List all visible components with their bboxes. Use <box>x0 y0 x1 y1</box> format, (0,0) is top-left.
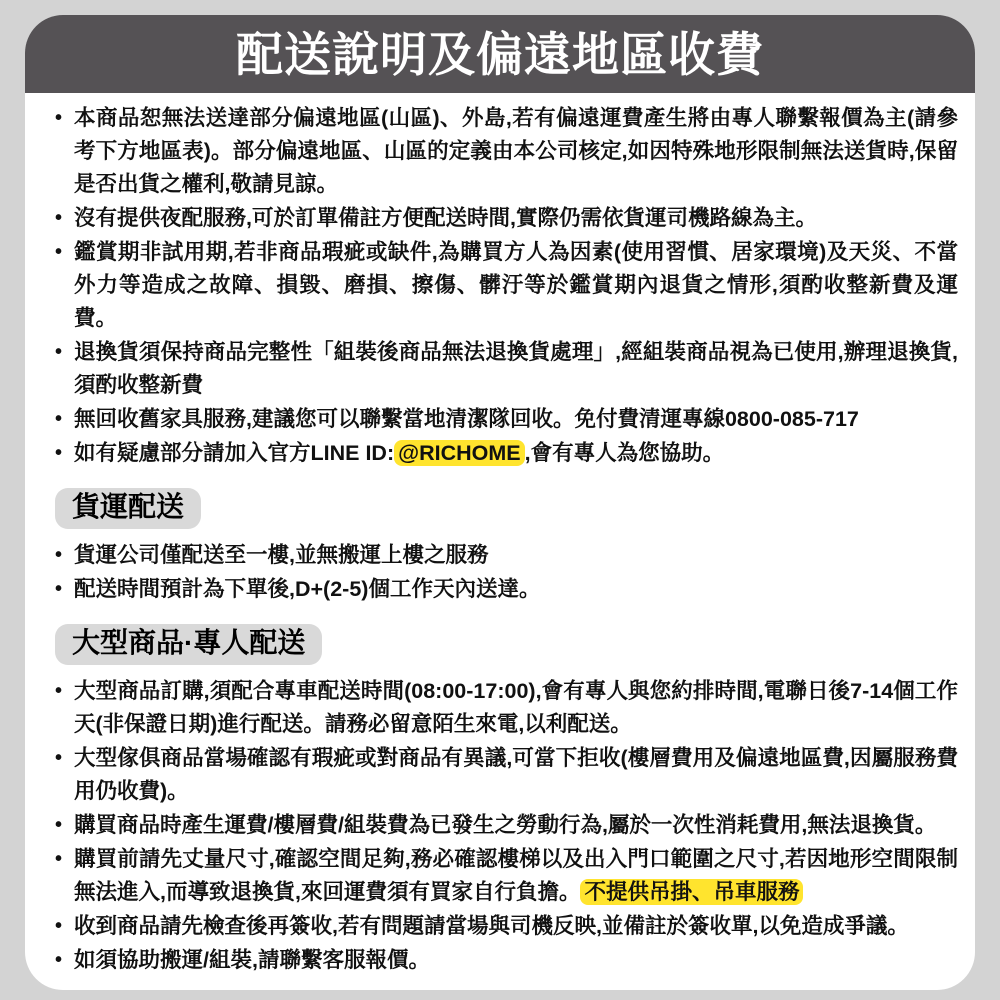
bullet-marker-icon: • <box>55 102 62 135</box>
note-text: 購買前請先丈量尺寸,確認空間足夠,務必確認樓梯以及出入門口範圍之尺寸,若因地形空… <box>74 847 958 904</box>
section-heading-freight: 貨運配送 <box>55 488 201 529</box>
note-text: 鑑賞期非試用期,若非商品瑕疵或缺件,為購買方人為因素(使用習慣、居家環境)及天災… <box>74 240 958 330</box>
bullet-marker-icon: • <box>55 910 62 943</box>
list-item: •本商品恕無法送達部分偏遠地區(山區)、外島,若有偏遠運費產生將由專人聯繫報價為… <box>55 102 958 201</box>
note-text: 如須協助搬運/組裝,請聯繫客服報價。 <box>74 948 430 972</box>
note-text: 購買商品時產生運費/樓層費/組裝費為已發生之勞動行為,屬於一次性消耗費用,無法退… <box>74 813 936 837</box>
bullet-marker-icon: • <box>55 403 62 436</box>
card-body: •本商品恕無法送達部分偏遠地區(山區)、外島,若有偏遠運費產生將由專人聯繫報價為… <box>25 93 975 977</box>
general-notes-list: •本商品恕無法送達部分偏遠地區(山區)、外島,若有偏遠運費產生將由專人聯繫報價為… <box>55 102 958 470</box>
list-item: •大型商品訂購,須配合專車配送時間(08:00-17:00),會有專人與您約排時… <box>55 675 958 741</box>
list-item: •沒有提供夜配服務,可於訂單備註方便配送時間,實際仍需依貨運司機路線為主。 <box>55 202 958 235</box>
list-item: •如有疑慮部分請加入官方LINE ID:@RICHOME,會有專人為您協助。 <box>55 437 958 470</box>
note-text: 貨運公司僅配送至一樓,並無搬運上樓之服務 <box>74 543 488 567</box>
bullet-marker-icon: • <box>55 202 62 235</box>
list-item: •如須協助搬運/組裝,請聯繫客服報價。 <box>55 944 958 977</box>
bullet-marker-icon: • <box>55 539 62 572</box>
note-text: 收到商品請先檢查後再簽收,若有問題請當場與司機反映,並備註於簽收單,以免造成爭議… <box>74 914 909 938</box>
list-item: •鑑賞期非試用期,若非商品瑕疵或缺件,為購買方人為因素(使用習慣、居家環境)及天… <box>55 236 958 335</box>
highlighted-text: @RICHOME <box>394 440 525 466</box>
list-item: •無回收舊家具服務,建議您可以聯繫當地清潔隊回收。免付費清運專線0800-085… <box>55 403 958 436</box>
delivery-info-card: 配送說明及偏遠地區收費 •本商品恕無法送達部分偏遠地區(山區)、外島,若有偏遠運… <box>25 15 975 990</box>
bullet-marker-icon: • <box>55 809 62 842</box>
note-text: 大型傢俱商品當場確認有瑕疵或對商品有異議,可當下拒收(樓層費用及偏遠地區費,因屬… <box>74 746 958 803</box>
bullet-marker-icon: • <box>55 236 62 269</box>
note-text: 配送時間預計為下單後,D+(2-5)個工作天內送達。 <box>74 577 540 601</box>
note-text: ,會有專人為您協助。 <box>525 441 724 465</box>
list-item: •購買商品時產生運費/樓層費/組裝費為已發生之勞動行為,屬於一次性消耗費用,無法… <box>55 809 958 842</box>
note-text: 無回收舊家具服務,建議您可以聯繫當地清潔隊回收。免付費清運專線0800-085-… <box>74 407 859 431</box>
note-text: 沒有提供夜配服務,可於訂單備註方便配送時間,實際仍需依貨運司機路線為主。 <box>74 206 817 230</box>
note-text: 退換貨須保持商品完整性「組裝後商品無法退換貨處理」,經組裝商品視為已使用,辦理退… <box>74 340 958 397</box>
bullet-marker-icon: • <box>55 944 62 977</box>
page-title: 配送說明及偏遠地區收費 <box>236 31 764 78</box>
note-text: 如有疑慮部分請加入官方LINE ID: <box>74 441 394 465</box>
note-text: 大型商品訂購,須配合專車配送時間(08:00-17:00),會有專人與您約排時間… <box>74 679 958 736</box>
bullet-marker-icon: • <box>55 573 62 606</box>
bullet-marker-icon: • <box>55 675 62 708</box>
freight-delivery-list: •貨運公司僅配送至一樓,並無搬運上樓之服務•配送時間預計為下單後,D+(2-5)… <box>55 539 958 606</box>
bullet-marker-icon: • <box>55 742 62 775</box>
bullet-marker-icon: • <box>55 843 62 876</box>
bullet-marker-icon: • <box>55 336 62 369</box>
list-item: •貨運公司僅配送至一樓,並無搬運上樓之服務 <box>55 539 958 572</box>
title-bar: 配送說明及偏遠地區收費 <box>25 15 975 93</box>
note-text: 本商品恕無法送達部分偏遠地區(山區)、外島,若有偏遠運費產生將由專人聯繫報價為主… <box>74 106 958 196</box>
list-item: •大型傢俱商品當場確認有瑕疵或對商品有異議,可當下拒收(樓層費用及偏遠地區費,因… <box>55 742 958 808</box>
list-item: •退換貨須保持商品完整性「組裝後商品無法退換貨處理」,經組裝商品視為已使用,辦理… <box>55 336 958 402</box>
list-item: •收到商品請先檢查後再簽收,若有問題請當場與司機反映,並備註於簽收單,以免造成爭… <box>55 910 958 943</box>
large-item-delivery-list: •大型商品訂購,須配合專車配送時間(08:00-17:00),會有專人與您約排時… <box>55 675 958 977</box>
section-freight-delivery: 貨運配送 •貨運公司僅配送至一樓,並無搬運上樓之服務•配送時間預計為下單後,D+… <box>55 471 958 606</box>
list-item: •購買前請先丈量尺寸,確認空間足夠,務必確認樓梯以及出入門口範圍之尺寸,若因地形… <box>55 843 958 909</box>
section-heading-large-item: 大型商品·專人配送 <box>55 624 322 665</box>
section-large-item-delivery: 大型商品·專人配送 •大型商品訂購,須配合專車配送時間(08:00-17:00)… <box>55 607 958 977</box>
highlighted-text: 不提供吊掛、吊車服務 <box>580 879 803 905</box>
list-item: •配送時間預計為下單後,D+(2-5)個工作天內送達。 <box>55 573 958 606</box>
bullet-marker-icon: • <box>55 437 62 470</box>
